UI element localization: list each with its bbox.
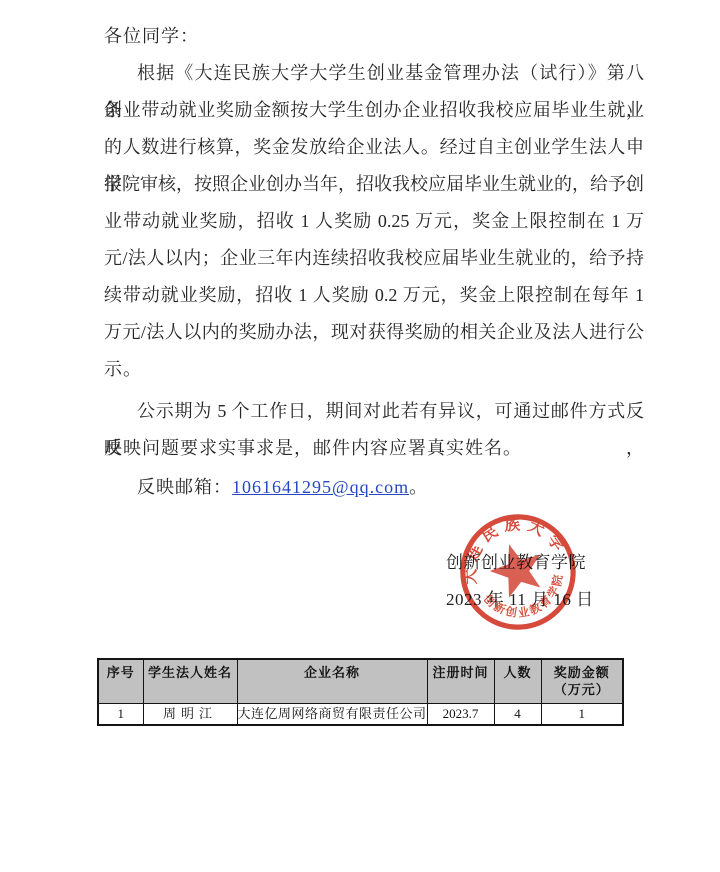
header-cell-company: 企业名称	[237, 659, 427, 703]
salutation-line: 各位同学：	[104, 18, 644, 55]
body-line: 示。	[104, 351, 644, 388]
header-cell-reg-date: 注册时间	[427, 659, 494, 703]
signature-org: 创新创业教育学院	[446, 551, 586, 575]
body-line: 元/法人以内；企业三年内连续招收我校应届毕业生就业的，给予持	[104, 240, 644, 277]
header-award-line2: （万元）	[542, 681, 623, 698]
header-cell-index: 序号	[98, 659, 143, 703]
body-line: 根据《大连民族大学大学生创业基金管理办法（试行）》第八条，	[104, 55, 644, 92]
cell-index: 1	[98, 703, 143, 725]
header-cell-student-name: 学生法人姓名	[143, 659, 237, 703]
email-line: 反映邮箱：1061641295@qq.com。	[104, 469, 644, 506]
table-header-row: 序号 学生法人姓名 企业名称 注册时间 人数 奖励金额 （万元）	[98, 659, 623, 703]
email-label: 反映邮箱：	[137, 477, 232, 497]
cell-student-name: 周明江	[143, 703, 237, 725]
email-suffix: 。	[409, 477, 428, 497]
cell-award: 1	[541, 703, 623, 725]
header-cell-award: 奖励金额 （万元）	[541, 659, 623, 703]
body-line: 续带动就业奖励，招收 1 人奖励 0.2 万元，奖金上限控制在每年 1	[104, 277, 644, 314]
document-page: 各位同学： 根据《大连民族大学大学生创业基金管理办法（试行）》第八条， 创业带动…	[0, 0, 720, 872]
cell-headcount: 4	[494, 703, 541, 725]
body-line: 业带动就业奖励，招收 1 人奖励 0.25 万元，奖金上限控制在 1 万	[104, 203, 644, 240]
awards-table: 序号 学生法人姓名 企业名称 注册时间 人数 奖励金额 （万元） 1 周明江 大…	[97, 658, 624, 726]
body-line: 创业带动就业奖励金额按大学生创办企业招收我校应届毕业生就业	[104, 92, 644, 129]
cell-reg-date: 2023.7	[427, 703, 494, 725]
header-award-line1: 奖励金额	[542, 664, 623, 681]
table-row: 1 周明江 大连亿周网络商贸有限责任公司 2023.7 4 1	[98, 703, 623, 725]
seal-outer-text: 大连民族大学	[445, 499, 573, 590]
body-line: 万元/法人以内的奖励办法，现对获得奖励的相关企业及法人进行公	[104, 314, 644, 351]
body-line: 公示期为 5 个工作日，期间对此若有异议，可通过邮件方式反映，	[104, 393, 644, 430]
body-line: 学院审核，按照企业创办当年，招收我校应届毕业生就业的，给予创	[104, 166, 644, 203]
signature-date: 2023 年 11 月 16 日	[446, 588, 586, 612]
body-line: 的人数进行核算，奖金发放给企业法人。经过自主创业学生法人申报、	[104, 129, 644, 166]
cell-company: 大连亿周网络商贸有限责任公司	[237, 703, 427, 725]
header-cell-headcount: 人数	[494, 659, 541, 703]
notice-body: 各位同学： 根据《大连民族大学大学生创业基金管理办法（试行）》第八条， 创业带动…	[104, 18, 644, 506]
email-link[interactable]: 1061641295@qq.com	[232, 477, 409, 497]
